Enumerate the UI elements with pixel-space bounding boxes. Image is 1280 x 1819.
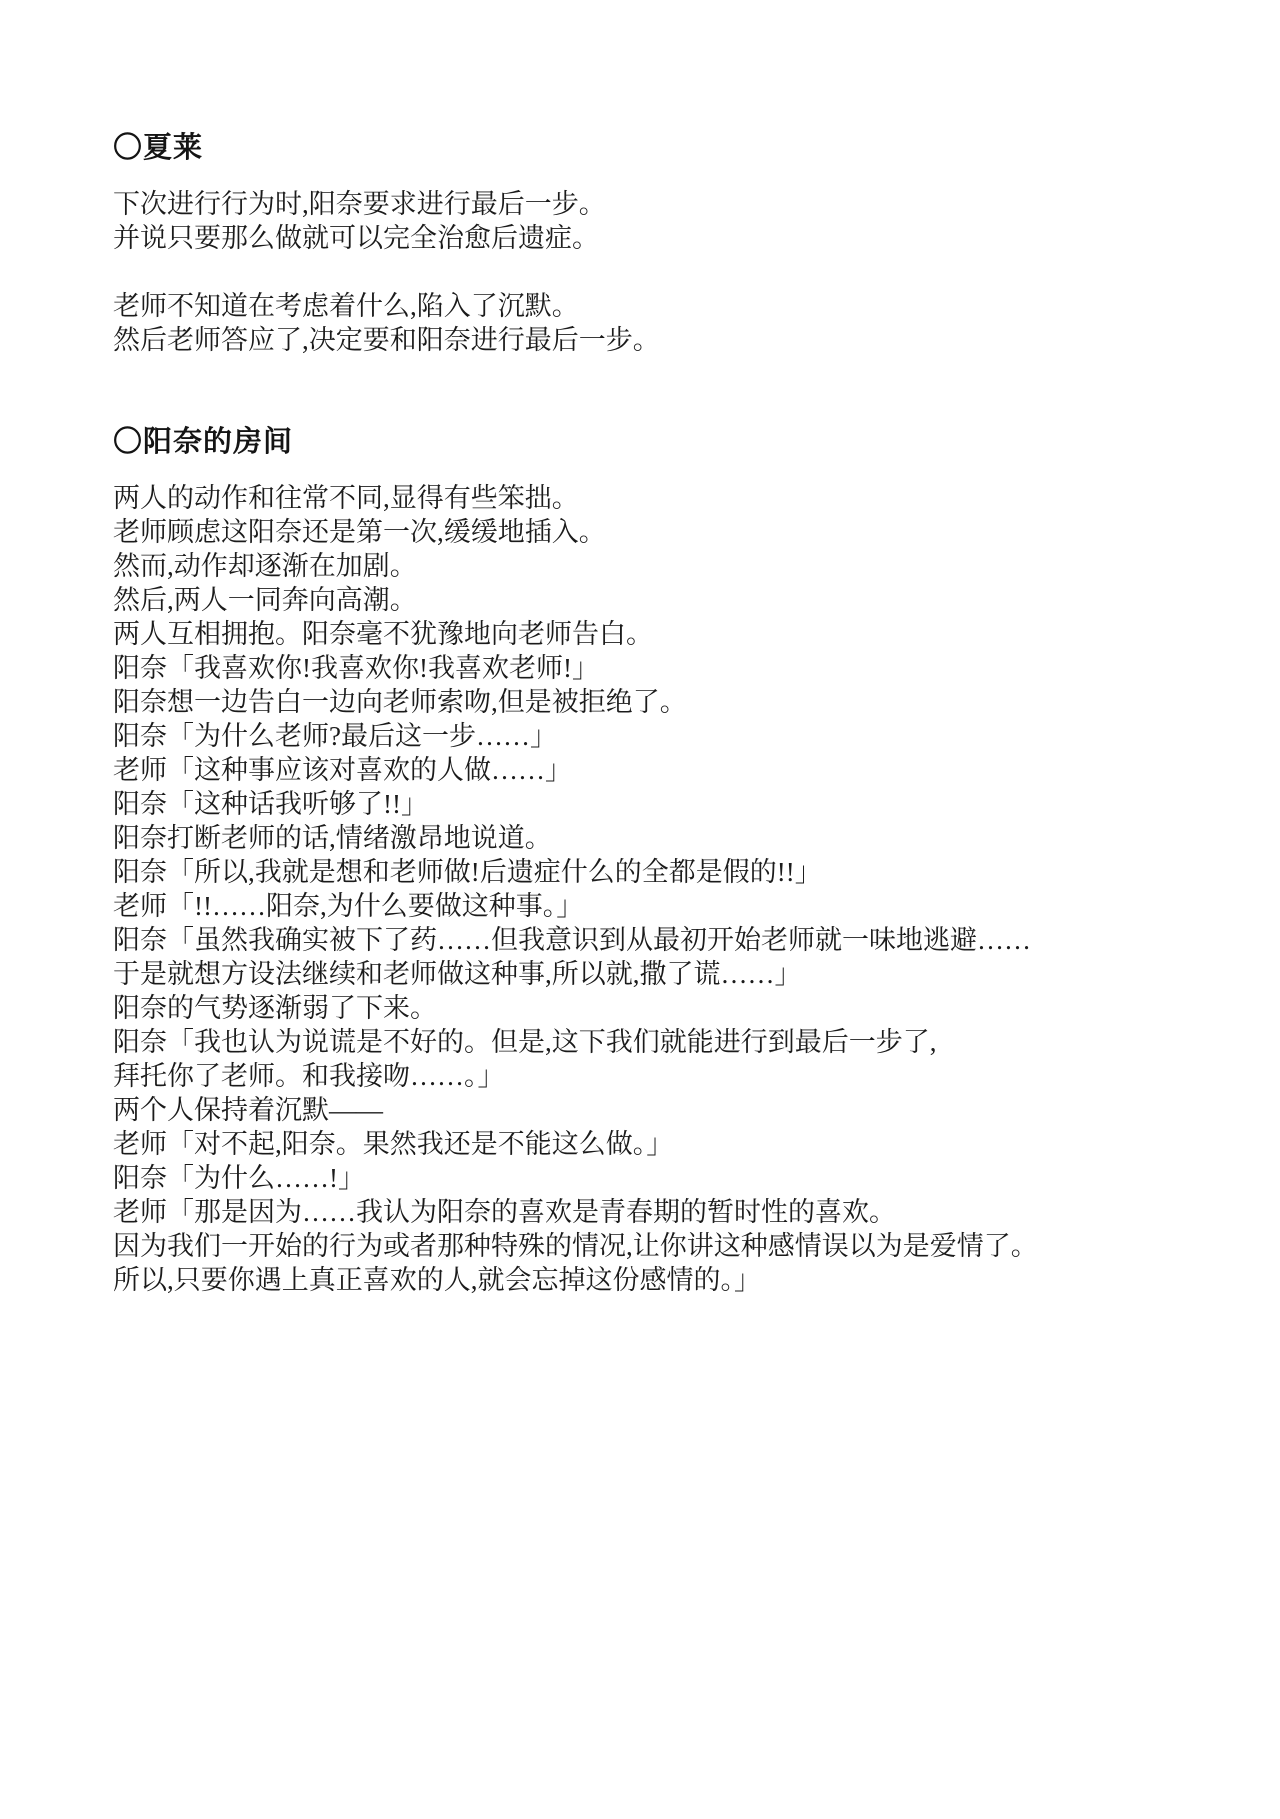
section-heading: 〇夏莱 (113, 131, 1230, 165)
text-line: 阳奈「这种话我听够了!!」 (113, 787, 1230, 821)
text-line: 老师「那是因为……我认为阳奈的喜欢是青春期的暂时性的喜欢。 (113, 1195, 1230, 1229)
text-line: 下次进行行为时,阳奈要求进行最后一步。 (113, 187, 1230, 221)
text-line: 阳奈「所以,我就是想和老师做!后遗症什么的全都是假的!!」 (113, 855, 1230, 889)
text-line: 阳奈「为什么……!」 (113, 1161, 1230, 1195)
text-line: 阳奈「为什么老师?最后这一步……」 (113, 719, 1230, 753)
text-line: 老师「对不起,阳奈。果然我还是不能这么做。」 (113, 1127, 1230, 1161)
text-line: 阳奈打断老师的话,情绪激昂地说道。 (113, 821, 1230, 855)
text-line: 老师顾虑这阳奈还是第一次,缓缓地插入。 (113, 515, 1230, 549)
text-line: 并说只要那么做就可以完全治愈后遗症。 (113, 221, 1230, 255)
paragraph: 下次进行行为时,阳奈要求进行最后一步。并说只要那么做就可以完全治愈后遗症。 (113, 187, 1230, 255)
document-content: 〇夏莱下次进行行为时,阳奈要求进行最后一步。并说只要那么做就可以完全治愈后遗症。… (0, 0, 1280, 1297)
document-page: 〇夏莱下次进行行为时,阳奈要求进行最后一步。并说只要那么做就可以完全治愈后遗症。… (0, 0, 1280, 1819)
text-line: 两人互相拥抱。阳奈毫不犹豫地向老师告白。 (113, 617, 1230, 651)
text-line: 阳奈「我喜欢你!我喜欢你!我喜欢老师!」 (113, 651, 1230, 685)
text-line: 因为我们一开始的行为或者那种特殊的情况,让你讲这种感情误以为是爱情了。 (113, 1229, 1230, 1263)
text-line: 阳奈「虽然我确实被下了药……但我意识到从最初开始老师就一味地逃避…… (113, 923, 1230, 957)
script-section: 〇阳奈的房间两人的动作和往常不同,显得有些笨拙。老师顾虑这阳奈还是第一次,缓缓地… (113, 425, 1230, 1297)
text-line: 然后老师答应了,决定要和阳奈进行最后一步。 (113, 323, 1230, 357)
text-line: 老师「!!……阳奈,为什么要做这种事。」 (113, 889, 1230, 923)
text-line: 老师「这种事应该对喜欢的人做……」 (113, 753, 1230, 787)
text-line: 拜托你了老师。和我接吻……。」 (113, 1059, 1230, 1093)
text-line: 两人的动作和往常不同,显得有些笨拙。 (113, 481, 1230, 515)
text-line: 阳奈的气势逐渐弱了下来。 (113, 991, 1230, 1025)
text-line: 两个人保持着沉默—— (113, 1093, 1230, 1127)
section-heading: 〇阳奈的房间 (113, 425, 1230, 459)
paragraph: 老师不知道在考虑着什么,陷入了沉默。然后老师答应了,决定要和阳奈进行最后一步。 (113, 289, 1230, 357)
text-line: 然而,动作却逐渐在加剧。 (113, 549, 1230, 583)
paragraph: 两人的动作和往常不同,显得有些笨拙。老师顾虑这阳奈还是第一次,缓缓地插入。然而,… (113, 481, 1230, 1297)
text-line: 阳奈「我也认为说谎是不好的。但是,这下我们就能进行到最后一步了, (113, 1025, 1230, 1059)
text-line: 于是就想方设法继续和老师做这种事,所以就,撒了谎……」 (113, 957, 1230, 991)
script-section: 〇夏莱下次进行行为时,阳奈要求进行最后一步。并说只要那么做就可以完全治愈后遗症。… (113, 131, 1230, 357)
text-line: 老师不知道在考虑着什么,陷入了沉默。 (113, 289, 1230, 323)
text-line: 所以,只要你遇上真正喜欢的人,就会忘掉这份感情的。」 (113, 1263, 1230, 1297)
text-line: 然后,两人一同奔向高潮。 (113, 583, 1230, 617)
text-line: 阳奈想一边告白一边向老师索吻,但是被拒绝了。 (113, 685, 1230, 719)
